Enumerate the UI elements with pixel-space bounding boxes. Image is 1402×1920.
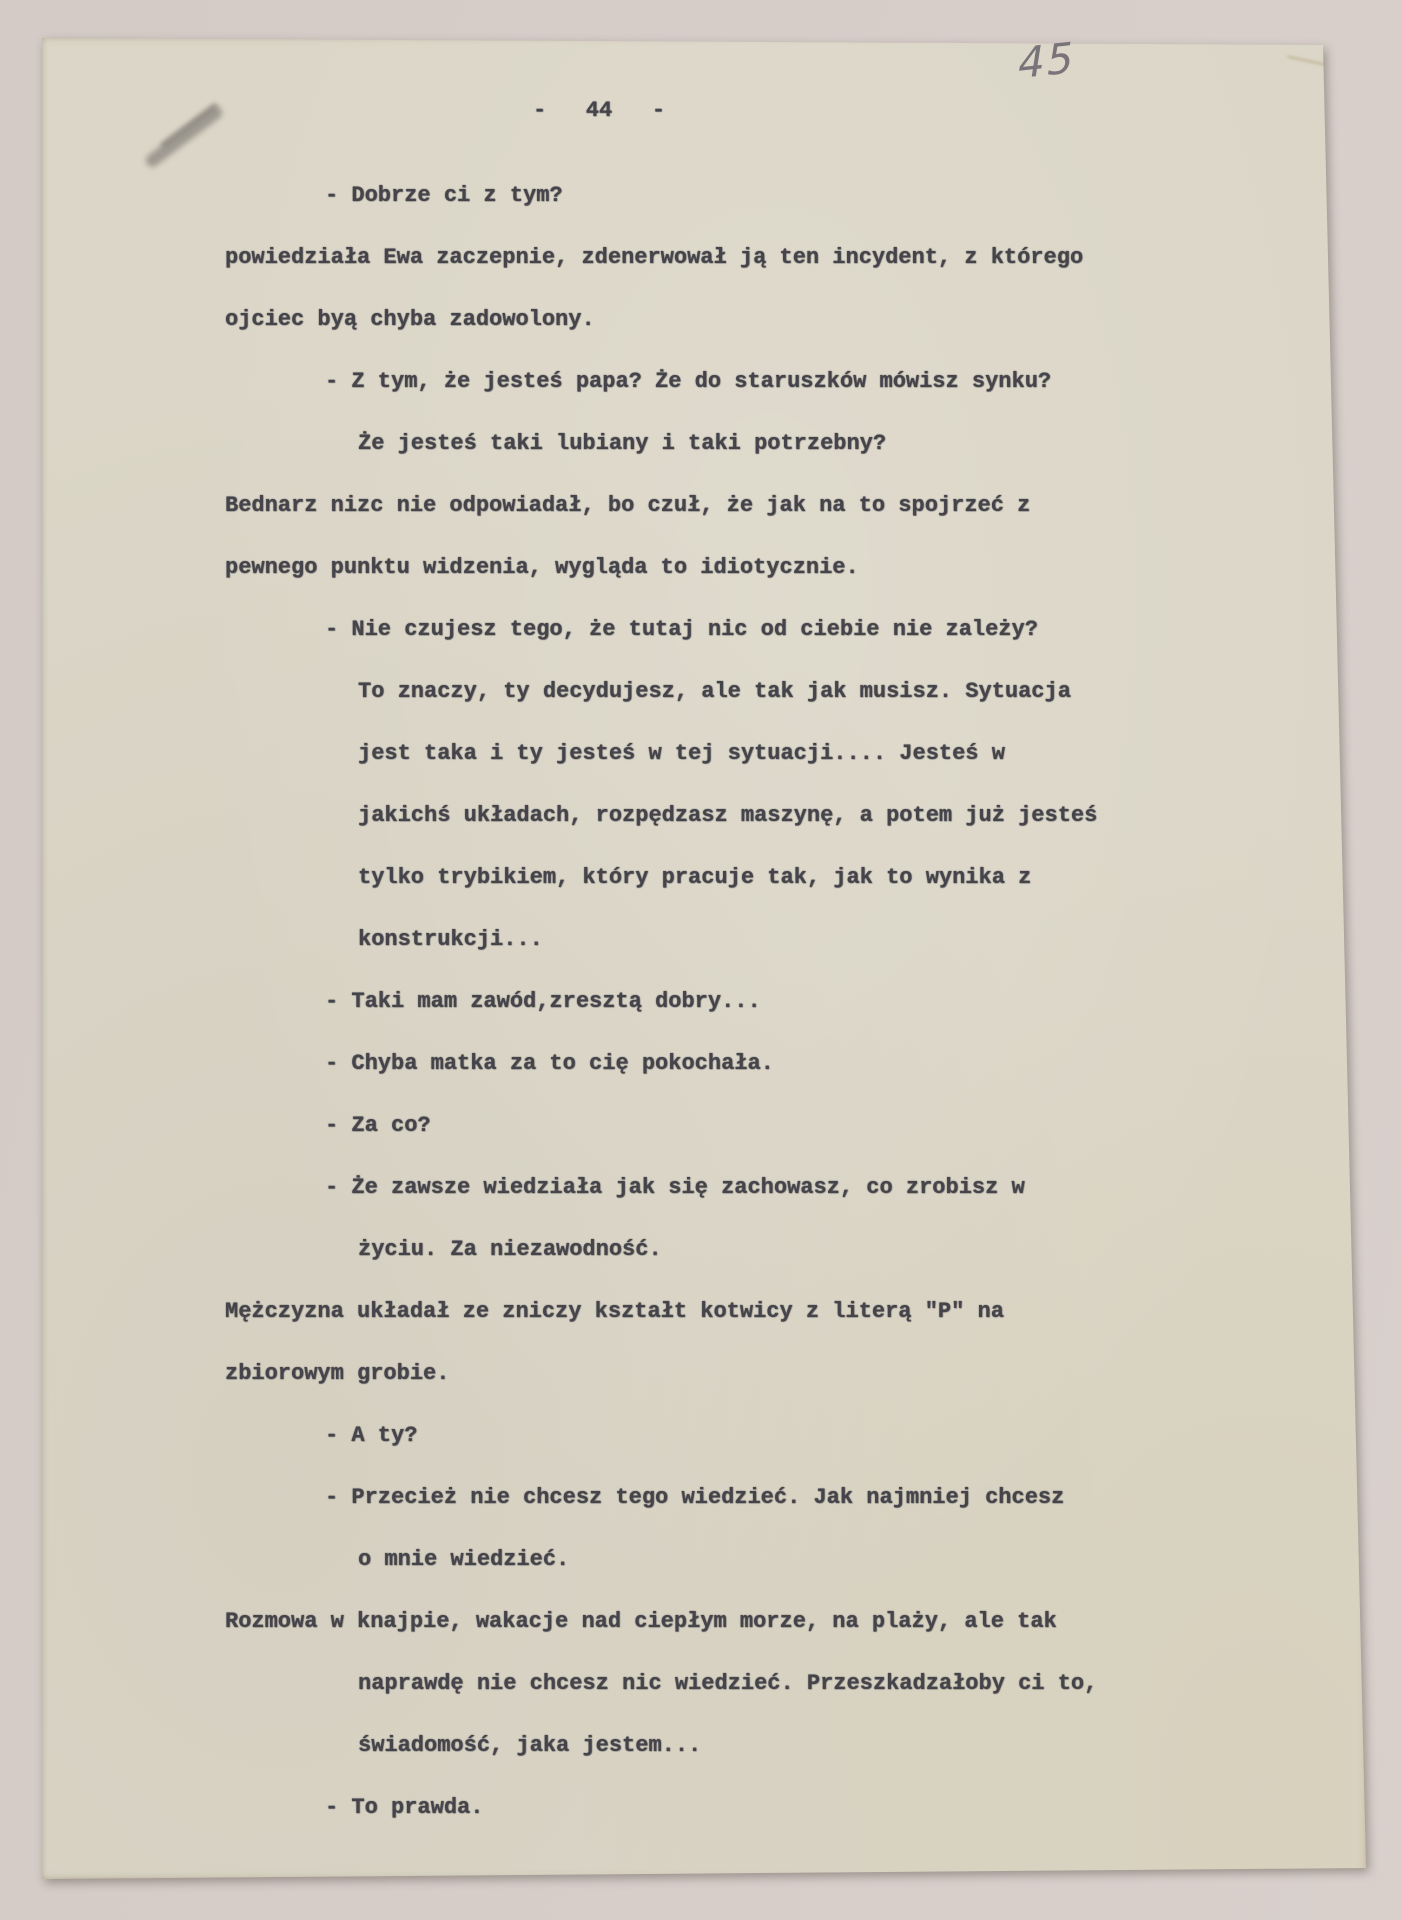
page-number-header: - 44 - <box>533 80 665 142</box>
typescript-line: życiu. Za niezawodność. <box>225 1219 1355 1281</box>
typescript-line: Rozmowa w knajpie, wakacje nad ciepłym m… <box>225 1591 1355 1653</box>
typescript-line: - Przecież nie chcesz tego wiedzieć. Jak… <box>225 1467 1355 1529</box>
typescript-line: konstrukcji... <box>225 909 1355 971</box>
typescript-line: Że jesteś taki lubiany i taki potrzebny? <box>225 413 1355 475</box>
typescript-line: zbiorowym grobie. <box>225 1343 1355 1405</box>
typescript-line: - Chyba matka za to cię pokochała. <box>225 1033 1355 1095</box>
pencil-smudge-mark <box>143 104 224 170</box>
typescript-line: - Że zawsze wiedziała jak się zachowasz,… <box>225 1157 1355 1219</box>
typescript-body: - Dobrze ci z tym?powiedziała Ewa zaczep… <box>225 165 1355 1839</box>
typescript-line: ojciec byą chyba zadowolony. <box>225 289 1355 351</box>
typescript-line: - Za co? <box>225 1095 1355 1157</box>
typescript-line: - To prawda. <box>225 1777 1355 1839</box>
typescript-line: - A ty? <box>225 1405 1355 1467</box>
typescript-line: Bednarz nizc nie odpowiadał, bo czuł, że… <box>225 475 1355 537</box>
scanned-page-stage: - 44 - 45 - Dobrze ci z tym?powiedziała … <box>0 0 1402 1920</box>
typescript-line: - Z tym, że jesteś papa? Że do staruszkó… <box>225 351 1355 413</box>
typescript-line: powiedziała Ewa zaczepnie, zdenerwował j… <box>225 227 1355 289</box>
typescript-line: jest taka i ty jesteś w tej sytuacji....… <box>225 723 1355 785</box>
typescript-line: pewnego punktu widzenia, wygląda to idio… <box>225 537 1355 599</box>
paper-corner-crease <box>1287 55 1402 84</box>
typescript-line: tylko trybikiem, który pracuje tak, jak … <box>225 847 1355 909</box>
typescript-line: naprawdę nie chcesz nic wiedzieć. Przesz… <box>225 1653 1355 1715</box>
handwritten-page-number: 45 <box>1017 33 1076 88</box>
typescript-line: o mnie wiedzieć. <box>225 1529 1355 1591</box>
typescript-line: - Dobrze ci z tym? <box>225 165 1355 227</box>
typescript-line: - Taki mam zawód,zresztą dobry... <box>225 971 1355 1033</box>
typescript-line: - Nie czujesz tego, że tutaj nic od cieb… <box>225 599 1355 661</box>
typescript-line: To znaczy, ty decydujesz, ale tak jak mu… <box>225 661 1355 723</box>
typescript-line: jakichś układach, rozpędzasz maszynę, a … <box>225 785 1355 847</box>
typescript-line: świadomość, jaka jestem... <box>225 1715 1355 1777</box>
typescript-line: Mężczyzna układał ze zniczy kształt kotw… <box>225 1281 1355 1343</box>
